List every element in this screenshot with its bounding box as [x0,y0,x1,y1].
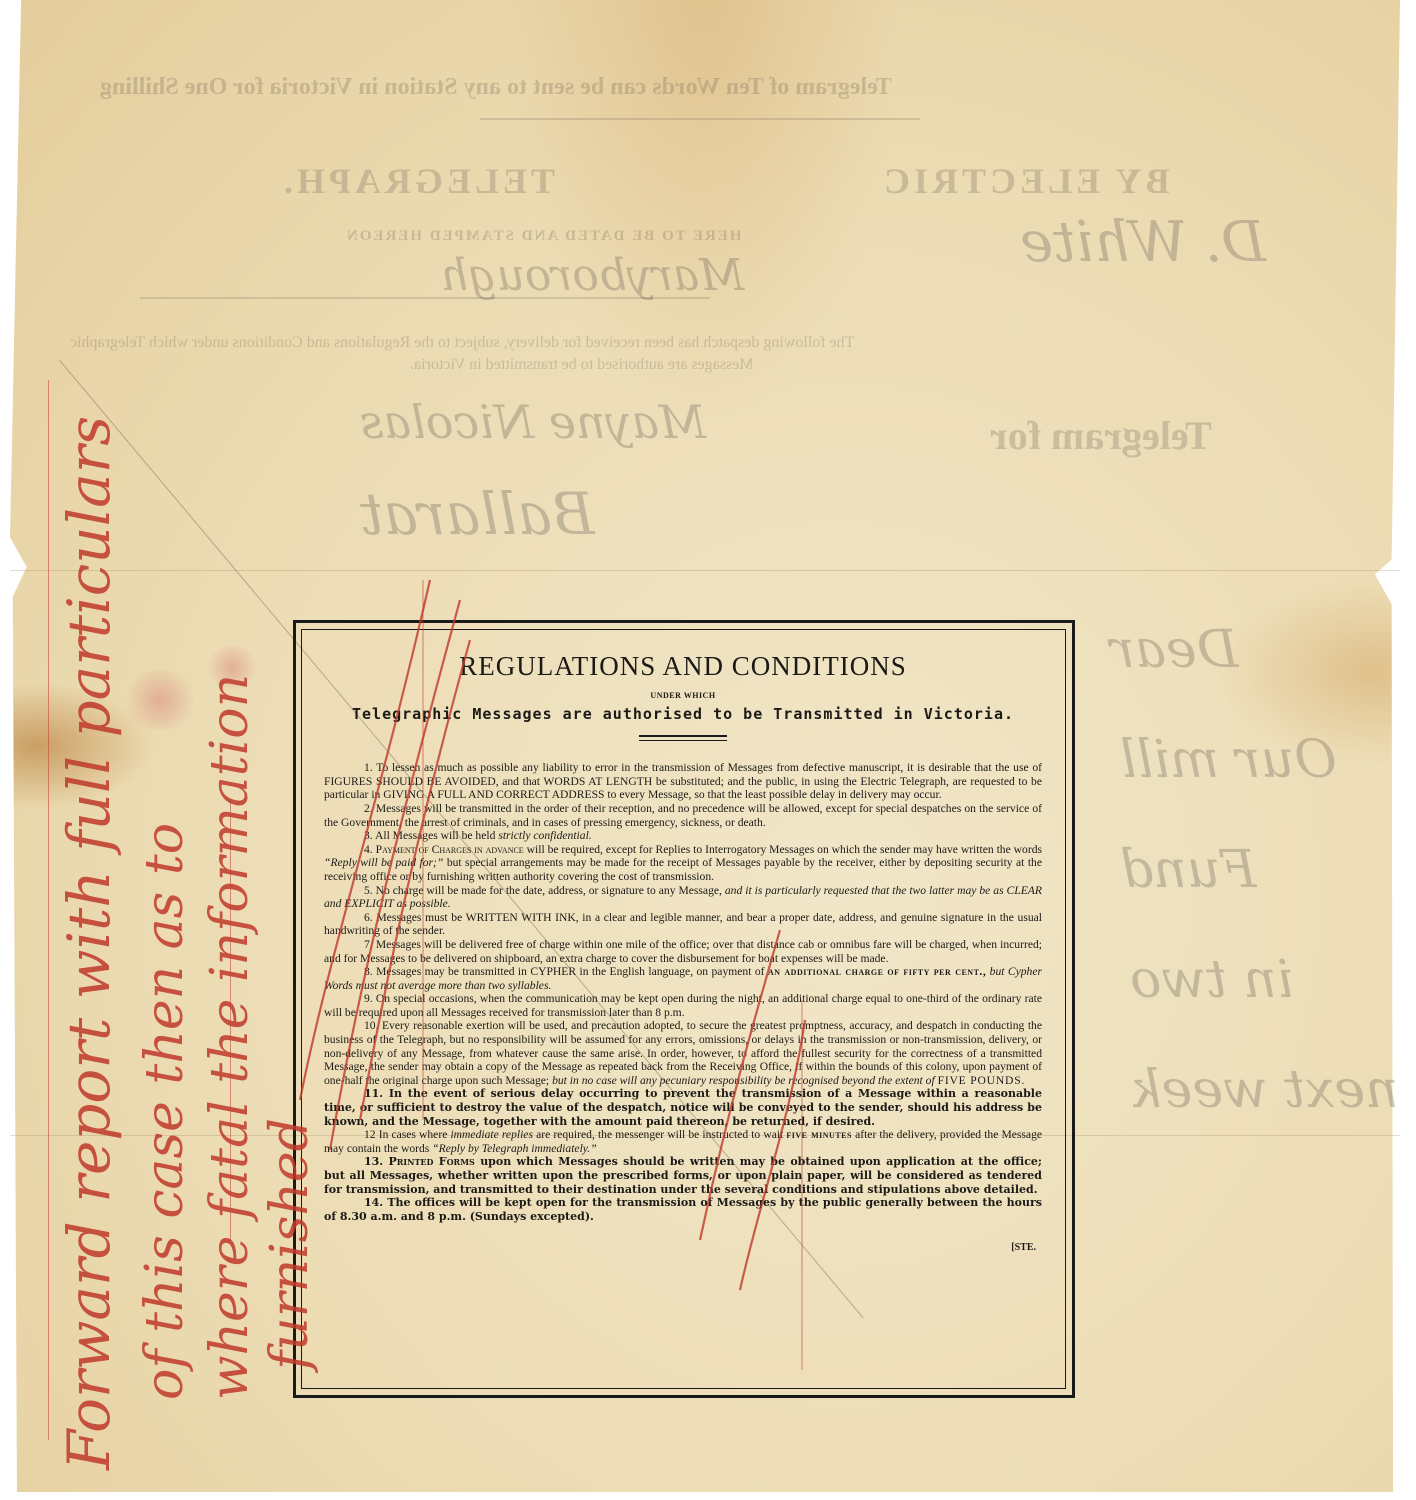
show-through-handwriting: Dear [1110,620,1238,680]
regulation-item-11: 11. In the event of serious delay occurr… [324,1087,1042,1128]
show-through-handwriting: Ballarat [360,480,595,548]
show-through-rule [480,118,920,120]
regulations-under-which: UNDER WHICH [324,689,1042,703]
show-through-handwriting: next week [1130,1060,1399,1120]
show-through-subheader: HERE TO BE DATED AND STAMPED HEREON [345,228,741,245]
regulation-item-4: 4. Payment of Charges in advance will be… [324,843,1042,884]
regulations-content: REGULATIONS AND CONDITIONS UNDER WHICH T… [324,651,1042,1255]
show-through-handwriting: Fund [1120,840,1256,900]
margin-annotation-line-1: Forward report with full particulars [55,416,123,1470]
regulation-item-7: 7. Messages will be delivered free of ch… [324,938,1042,965]
regulation-item-13: 13. Printed Forms upon which Messages sh… [324,1155,1042,1196]
regulation-item-12: 12 In cases where immediate replies are … [324,1128,1042,1155]
regulations-title: REGULATIONS AND CONDITIONS [324,651,1042,681]
margin-rule-line [230,800,231,1240]
show-through-handwriting: in two [1130,950,1293,1010]
show-through-top-line: Telegram of Ten Words can be sent to any… [100,74,892,101]
show-through-notice-line-1: The following despatch has been received… [70,334,854,352]
show-through-handwriting: Maryborough [440,250,744,301]
show-through-handwriting: Our mill [1120,730,1337,790]
regulation-item-6: 6. Messages must be WRITTEN WITH INK, in… [324,911,1042,938]
ink-blot [120,670,200,730]
regulations-box: REGULATIONS AND CONDITIONS UNDER WHICH T… [293,620,1075,1398]
double-rule-divider [639,735,727,741]
margin-rule-line [48,380,49,1440]
regulation-item-2: 2. Messages will be transmitted in the o… [324,802,1042,829]
show-through-telegram-for: Telegram for [990,412,1212,459]
show-through-header-right: TELEGRAPH. [280,160,555,202]
fold-crease [10,570,1400,571]
regulation-item-1: 1. To lessen as much as possible any lia… [324,761,1042,802]
margin-annotation-line-4: furnished [260,1118,320,1370]
regulation-item-8: 8. Messages may be transmitted in CYPHER… [324,965,1042,992]
show-through-header-left: BY ELECTRIC [880,160,1170,202]
regulation-item-9: 9. On special occasions, when the commun… [324,992,1042,1019]
show-through-notice-line-2: Messages are authorised to be transmitte… [410,356,754,374]
printer-mark: [STE. [324,1241,1042,1255]
regulations-subtitle: Telegraphic Messages are authorised to b… [324,708,1042,722]
regulation-item-3: 3. All Messages will be held strictly co… [324,829,1042,843]
show-through-handwriting: Mayne Nicolas [360,395,706,449]
margin-annotation-line-2: of this case then as to [135,823,195,1400]
regulation-item-5: 5. No charge will be made for the date, … [324,884,1042,911]
regulation-item-10: 10. Every reasonable exertion will be us… [324,1019,1042,1087]
show-through-handwriting: D. White [1020,210,1266,275]
regulation-item-14: 14. The offices will be kept open for th… [324,1196,1042,1223]
